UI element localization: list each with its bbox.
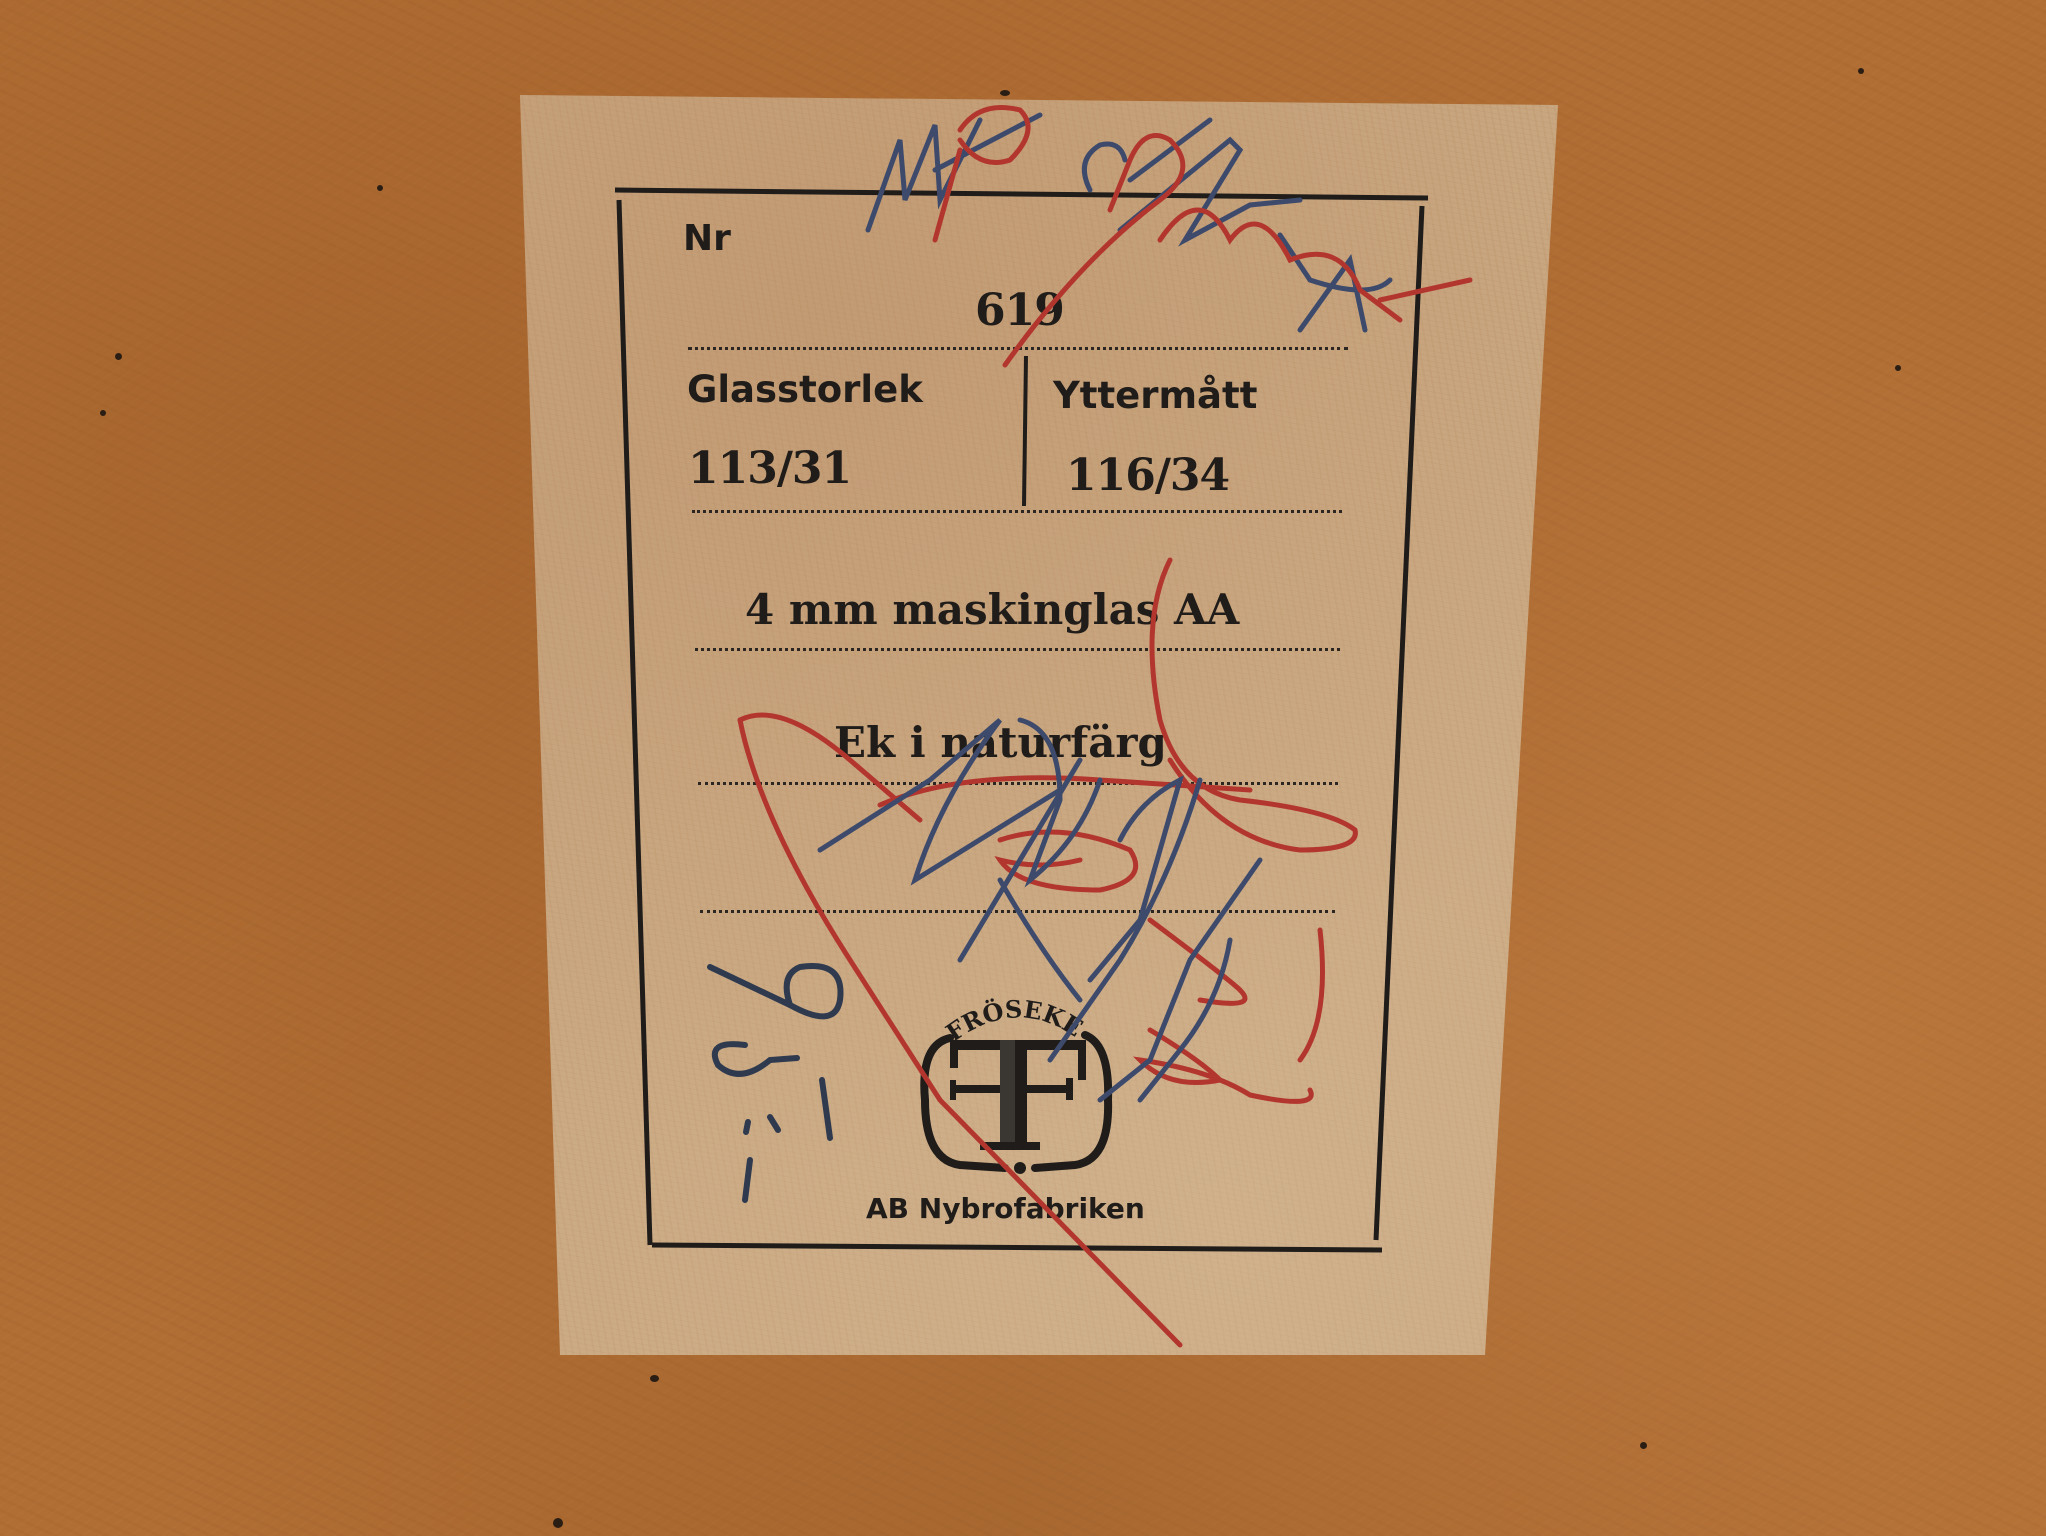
handwritten-marks: [0, 0, 2046, 1536]
signature-top-red: [935, 108, 1470, 366]
pencil-price-note: [710, 966, 841, 1200]
